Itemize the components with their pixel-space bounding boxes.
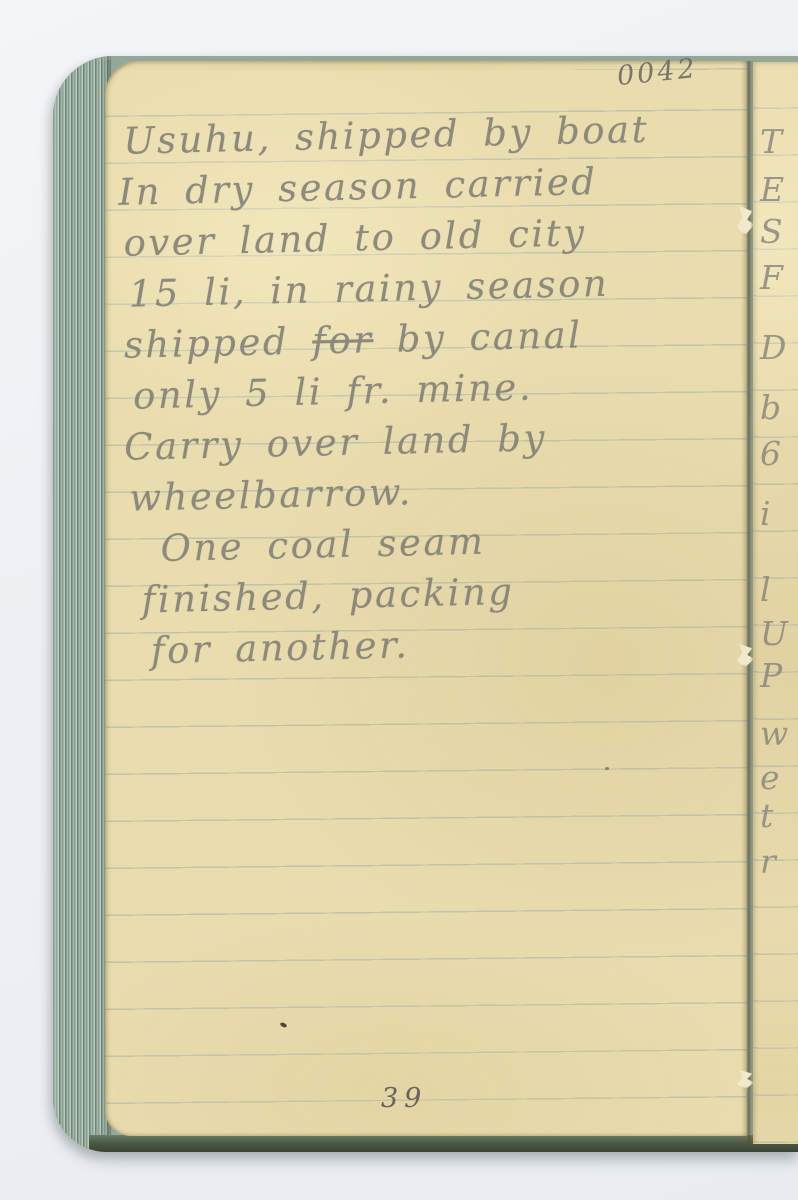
handwriting-fragment: S [760, 212, 783, 251]
struck-word: for [312, 318, 374, 362]
handwriting-fragment: b [760, 388, 781, 427]
handwriting-fragment: e [760, 758, 780, 797]
handwriting-fragment: i [760, 494, 771, 533]
handwriting-block: Usuhu, shipped by boat In dry season car… [117, 102, 730, 676]
handwriting-fragment: U [760, 614, 788, 653]
handwriting-segment: by canal [373, 313, 583, 361]
handwriting-fragment: D [760, 328, 786, 367]
handwriting-fragment: r [760, 842, 776, 881]
left-page: 0042 Usuhu, shipped by boat In dry seaso… [105, 61, 747, 1136]
paper-speck [605, 767, 609, 770]
right-page: T E S F D b 6 i l U P w e t r [753, 62, 798, 1144]
notebook: 0042 Usuhu, shipped by boat In dry seaso… [53, 56, 798, 1152]
paper-speck [279, 1022, 287, 1029]
handwriting-fragment: 6 [760, 434, 781, 473]
handwriting-fragment: P [760, 656, 782, 695]
handwriting-segment: shipped [123, 320, 312, 367]
handwriting-fragment: w [760, 714, 788, 753]
handwriting-fragment: F [760, 258, 783, 297]
handwriting-fragment: t [760, 796, 773, 835]
handwriting-fragment: T [760, 122, 782, 161]
notebook-cover-edge [53, 56, 111, 1152]
handwriting-fragment: l [760, 570, 771, 609]
page-number: 39 [381, 1083, 427, 1114]
page-stack-bottom-edge [89, 1135, 798, 1152]
handwriting-fragment: E [760, 170, 784, 209]
archive-number: 0042 [616, 56, 700, 92]
